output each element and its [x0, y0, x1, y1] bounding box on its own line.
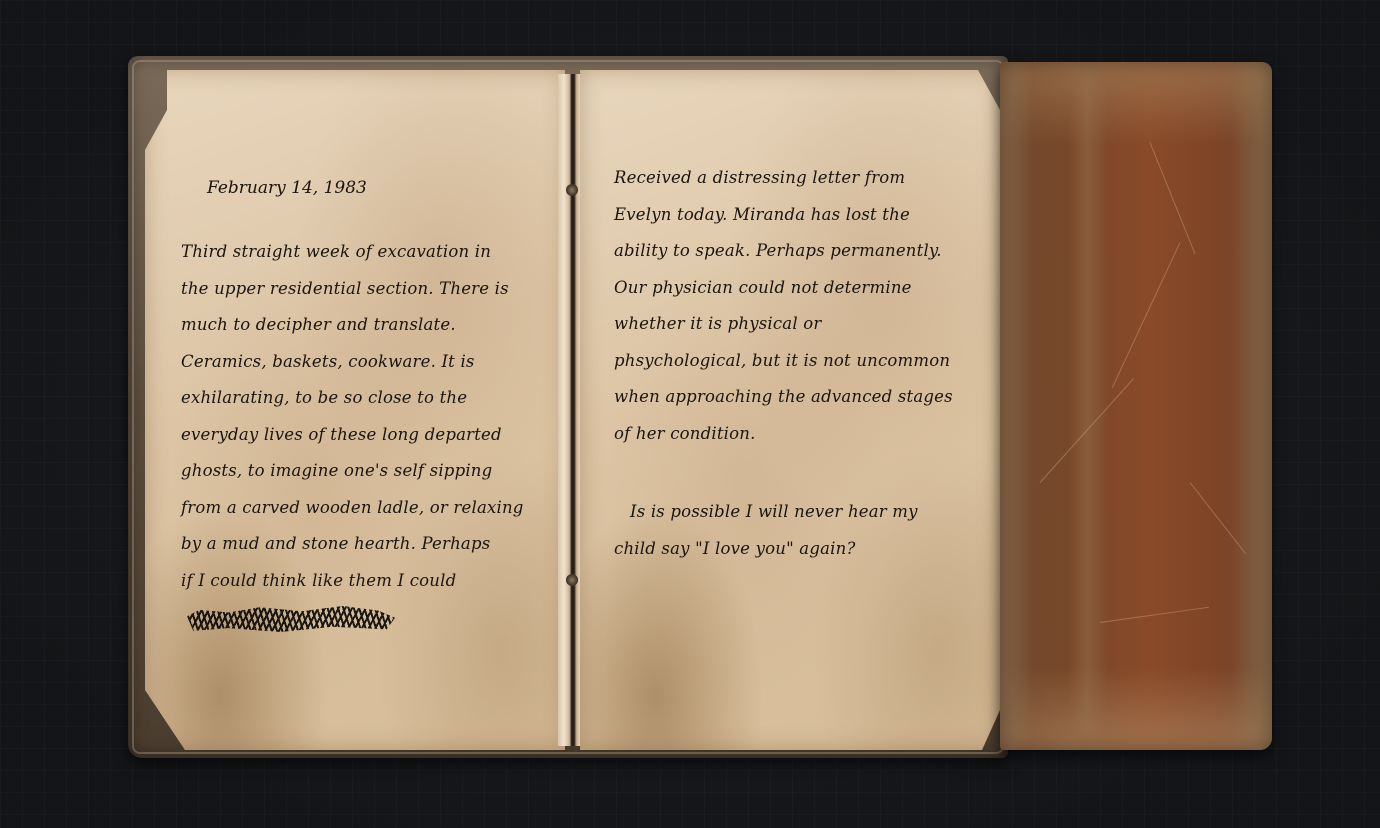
text-line: ability to speak. Perhaps permanently.	[614, 233, 953, 270]
text-line: by a mud and stone hearth. Perhaps	[181, 526, 524, 563]
cover-scratch	[1190, 482, 1246, 554]
cover-scratch	[1100, 607, 1209, 623]
text-line: Ceramics, baskets, cookware. It is	[181, 344, 524, 381]
text-line: Our physician could not determine	[614, 270, 953, 307]
entry-date: February 14, 1983	[207, 178, 367, 198]
right-page-closing-text: Is is possible I will never hear my chil…	[614, 494, 918, 567]
text-line: exhilarating, to be so close to the	[181, 380, 524, 417]
text-line: Is is possible I will never hear my	[614, 494, 918, 531]
binding-stitch	[566, 184, 578, 196]
text-line: phsychological, but it is not uncommon	[614, 343, 953, 380]
journal-book: February 14, 1983 Third straight week of…	[128, 56, 1278, 766]
text-line: Evelyn today. Miranda has lost the	[614, 197, 953, 234]
text-line: ghosts, to imagine one's self sipping	[181, 453, 524, 490]
text-line: Third straight week of excavation in	[181, 234, 524, 271]
text-line: from a carved wooden ladle, or relaxing	[181, 490, 524, 527]
cover-scratch	[1150, 142, 1196, 254]
text-line: if I could think like them I could	[181, 563, 524, 600]
cover-scratch	[1040, 378, 1134, 483]
text-line: much to decipher and translate.	[181, 307, 524, 344]
left-page-text: Third straight week of excavation in the…	[181, 234, 524, 599]
text-line: the upper residential section. There is	[181, 271, 524, 308]
right-page: Received a distressing letter from Evely…	[580, 70, 1000, 750]
journal-front-cover	[1000, 62, 1272, 750]
cover-scratch	[1112, 242, 1181, 387]
left-page: February 14, 1983 Third straight week of…	[145, 70, 565, 750]
text-line: child say "I love you" again?	[614, 531, 918, 568]
text-line: of her condition.	[614, 416, 953, 453]
text-line: Received a distressing letter from	[614, 160, 953, 197]
binding-stitch	[566, 574, 578, 586]
text-line: when approaching the advanced stages	[614, 379, 953, 416]
right-page-text: Received a distressing letter from Evely…	[614, 160, 953, 452]
text-line: whether it is physical or	[614, 306, 953, 343]
text-line: everyday lives of these long departed	[181, 417, 524, 454]
scribbled-out-text	[187, 606, 395, 632]
